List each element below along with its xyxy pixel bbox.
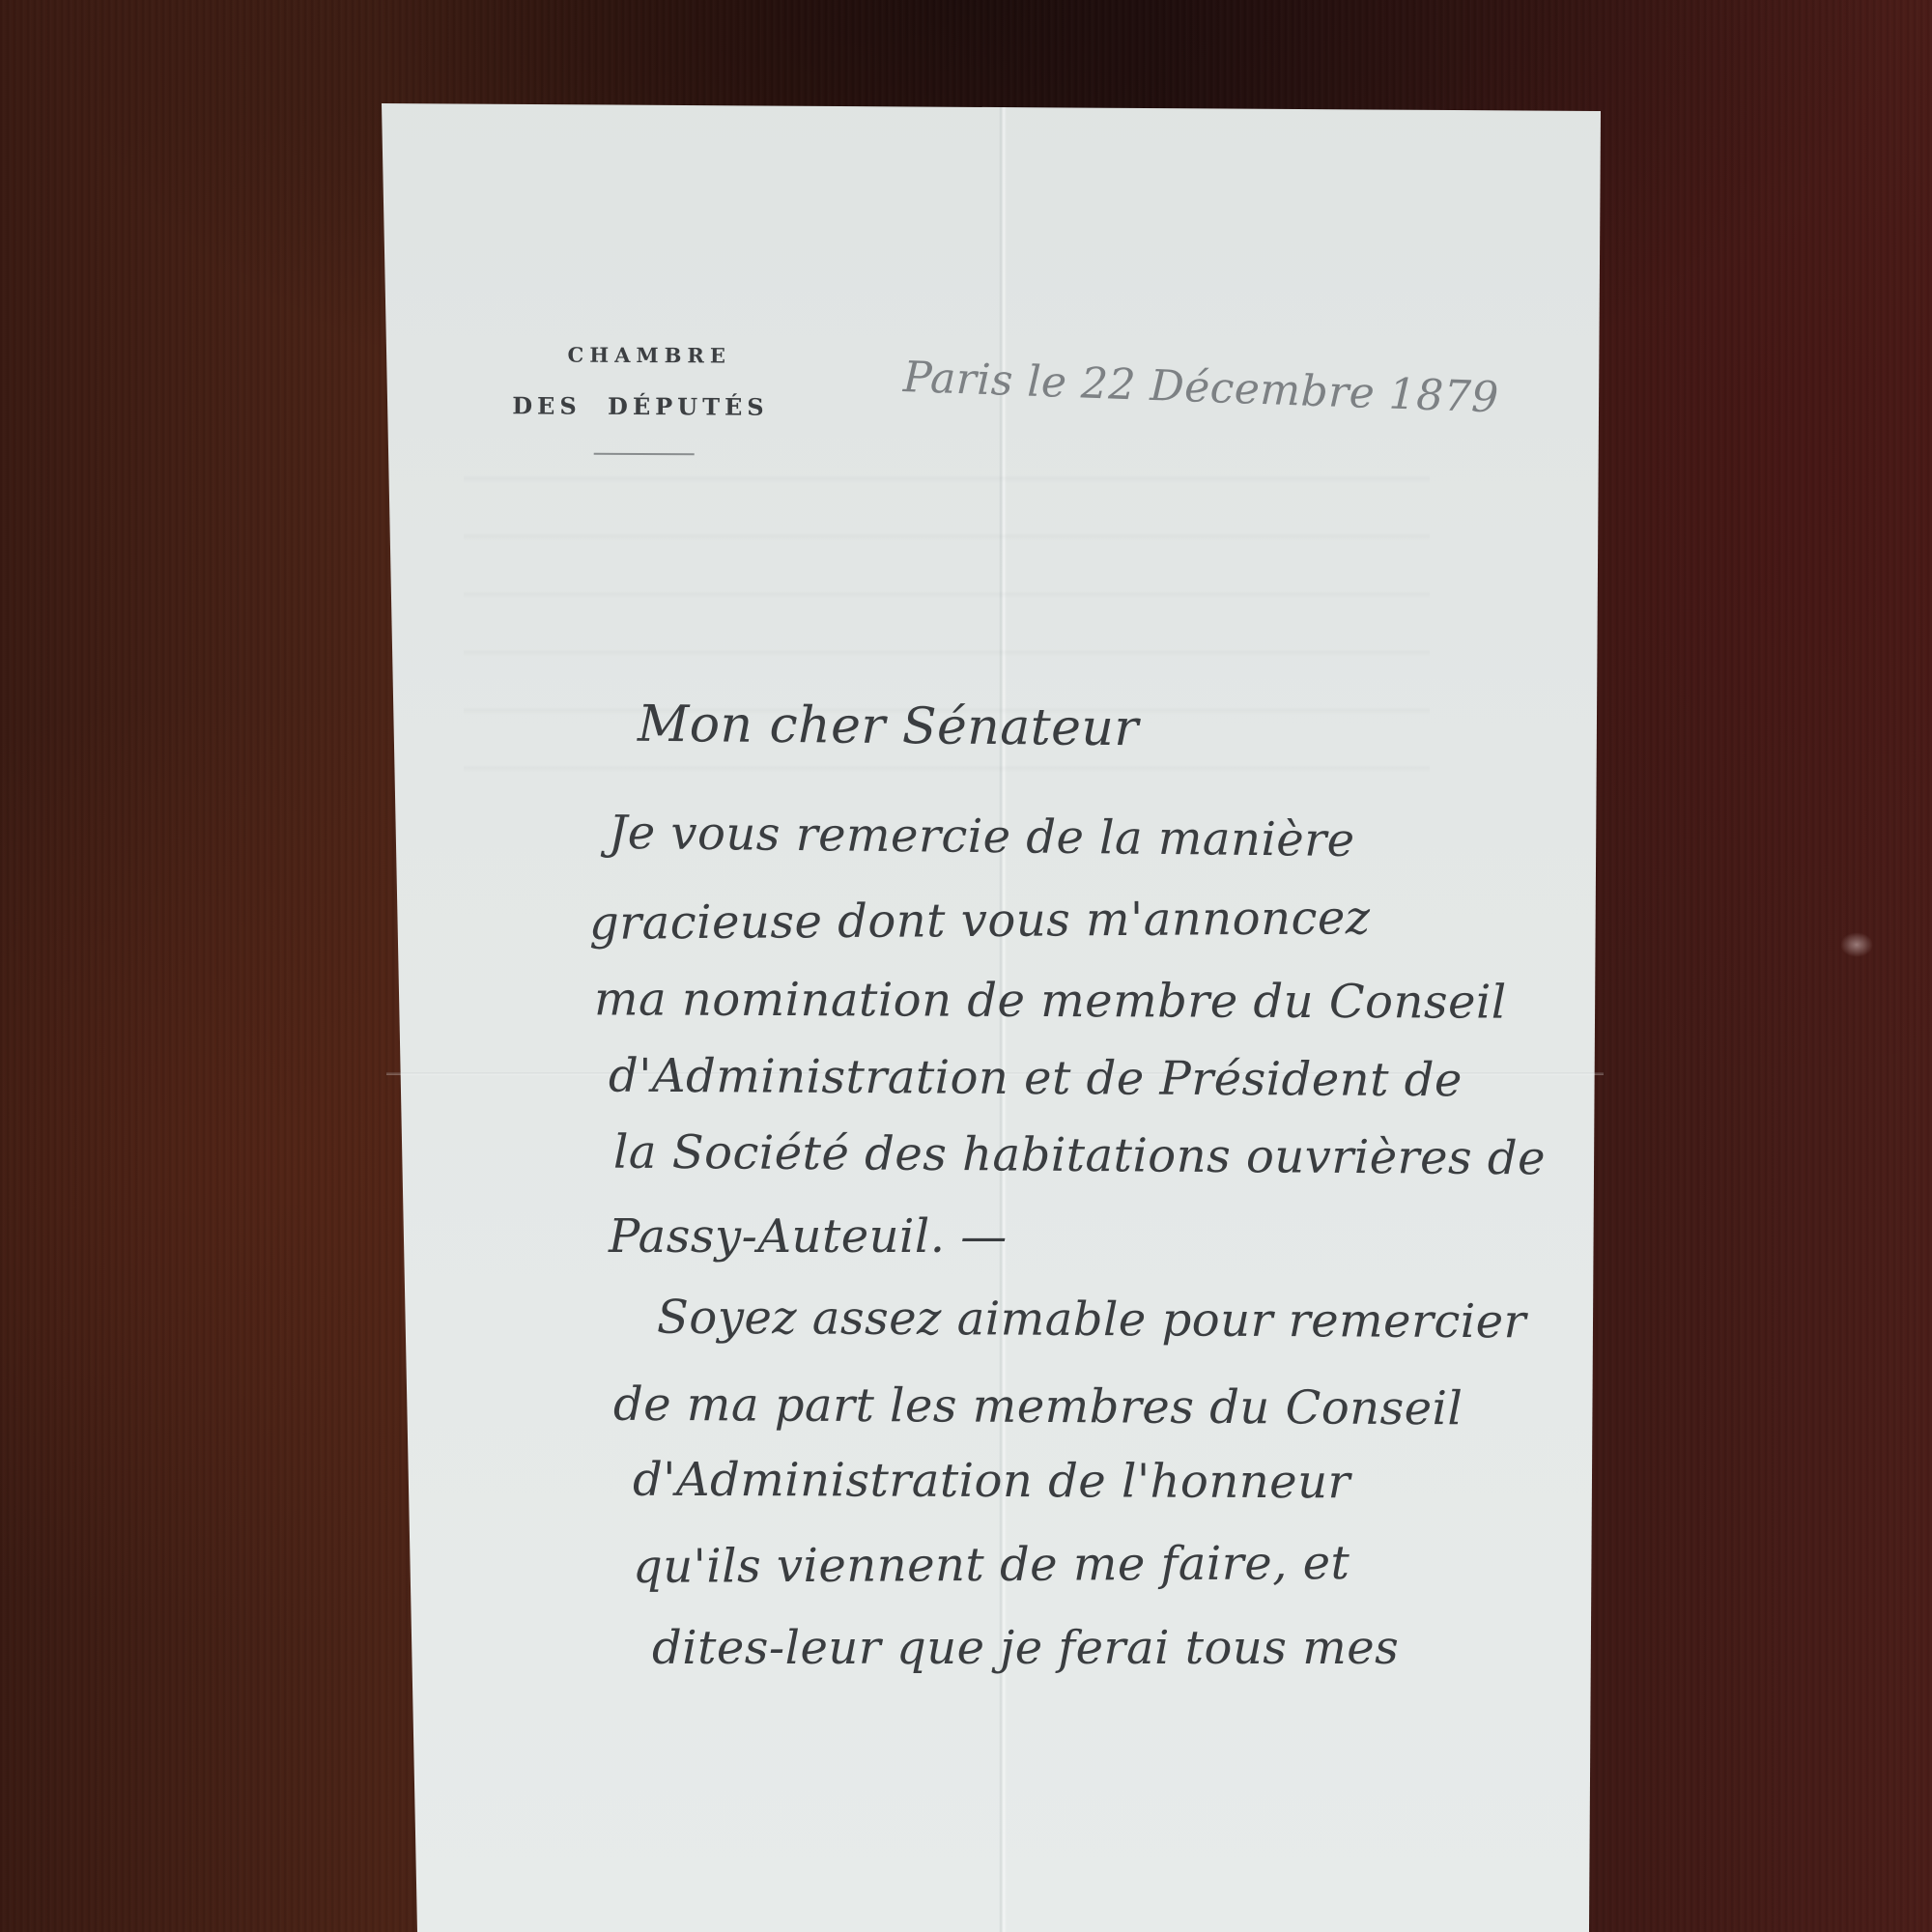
letterhead-chambre: CHAMBRE — [479, 342, 819, 368]
salutation: Mon cher Sénateur — [638, 696, 1139, 758]
letter-line: la Société des habitations ouvrières de — [613, 1125, 1546, 1186]
light-reflection — [1840, 932, 1873, 957]
letter-line: d'Administration et de Président de — [609, 1049, 1463, 1108]
letter-line: qu'ils viennent de me faire, et — [633, 1536, 1350, 1594]
letter-line: de ma part les membres du Conseil — [613, 1378, 1463, 1436]
letter-line: ma nomination de membre du Conseil — [594, 972, 1507, 1029]
letter-line: Soyez assez aimable pour remercier — [657, 1291, 1526, 1350]
letterhead: CHAMBRE DES DÉPUTÉS — [462, 342, 820, 456]
letterhead-des-deputes: DES DÉPUTÉS — [462, 391, 819, 421]
letter-line: Je vous remercie de la manière — [609, 806, 1355, 867]
letter-line: dites-leur que je ferai tous mes — [652, 1621, 1399, 1675]
letter-line: d'Administration de l'honneur — [633, 1453, 1350, 1510]
letter-line: Passy-Auteuil. — — [609, 1209, 1008, 1264]
letter-line: gracieuse dont vous m'annoncez — [589, 891, 1371, 951]
